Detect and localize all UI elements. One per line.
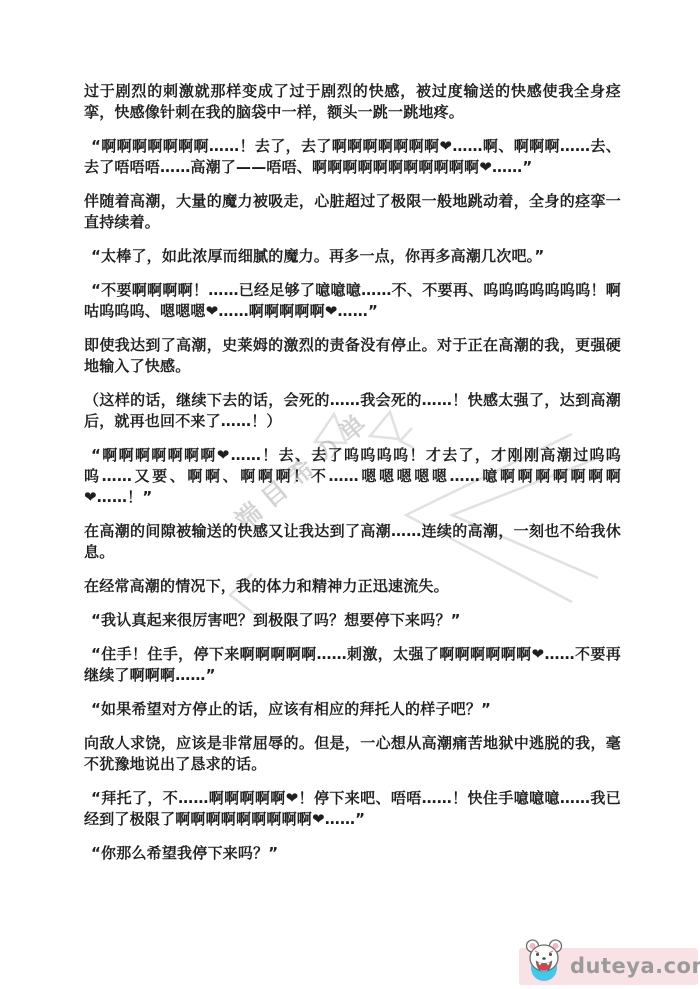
paragraph: “不要啊啊啊啊！……已经足够了噫噫噫……不、不要再、呜呜呜呜呜呜呜！啊咕呜呜呜、…: [84, 280, 621, 322]
site-url-text: duteya.com: [570, 948, 700, 985]
site-watermark-badge: duteya.com: [519, 948, 698, 985]
paragraph: 伴随着高潮，大量的魔力被吸走，心脏超过了极限一般地跳动着，全身的痉挛一直持续着。: [84, 191, 621, 233]
paragraph: 在经常高潮的情况下，我的体力和精神力正迅速流失。: [84, 576, 621, 597]
paragraph: “我认真起来很厉害吧？到极限了吗？想要停下来吗？”: [84, 610, 621, 631]
bear-icon: [523, 935, 565, 987]
novel-page: 端目希の単 过于剧烈的刺激就那样变成了过于剧烈的快感，被过度输送的快感使我全身痉…: [0, 0, 700, 989]
paragraph: “住手！住手，停下来啊啊啊啊啊……刺激，太强了啊啊啊啊啊啊❤……不要再继续了啊啊…: [84, 644, 621, 686]
paragraph: 向敌人求饶，应该是非常屈辱的。但是，一心想从高潮痛苦地狱中逃脱的我，毫不犹豫地说…: [84, 733, 621, 775]
paragraph: “拜托了，不……啊啊啊啊啊❤！停下来吧、唔唔……！快住手噫噫噫……我已经到了极限…: [84, 788, 621, 830]
paragraph: “你那么希望我停下来吗？”: [84, 843, 621, 864]
paragraph: “啊啊啊啊啊啊啊❤……！去、去了呜呜呜呜！才去了，才刚刚高潮过呜呜呜……又要、啊…: [84, 445, 621, 508]
novel-text: 过于剧烈的刺激就那样变成了过于剧烈的快感，被过度输送的快感使我全身痉挛，快感像针…: [84, 81, 621, 877]
paragraph: 过于剧烈的刺激就那样变成了过于剧烈的快感，被过度输送的快感使我全身痉挛，快感像针…: [84, 81, 621, 123]
paragraph: 在高潮的间隙被输送的快感又让我达到了高潮……连续的高潮，一刻也不给我休息。: [84, 521, 621, 563]
paragraph: （这样的话，继续下去的话，会死的……我会死的……！快感太强了，达到高潮后，就再也…: [84, 390, 621, 432]
paragraph: 即使我达到了高潮，史莱姆的激烈的责备没有停止。对于正在高潮的我，更强硬地输入了快…: [84, 335, 621, 377]
paragraph: “如果希望对方停止的话，应该有相应的拜托人的样子吧？”: [84, 699, 621, 720]
paragraph: “啊啊啊啊啊啊啊……！去了，去了啊啊啊啊啊啊啊❤……啊、啊啊啊……去、去了唔唔唔…: [84, 136, 621, 178]
paragraph: “太棒了，如此浓厚而细腻的魔力。再多一点，你再多高潮几次吧。”: [84, 246, 621, 267]
